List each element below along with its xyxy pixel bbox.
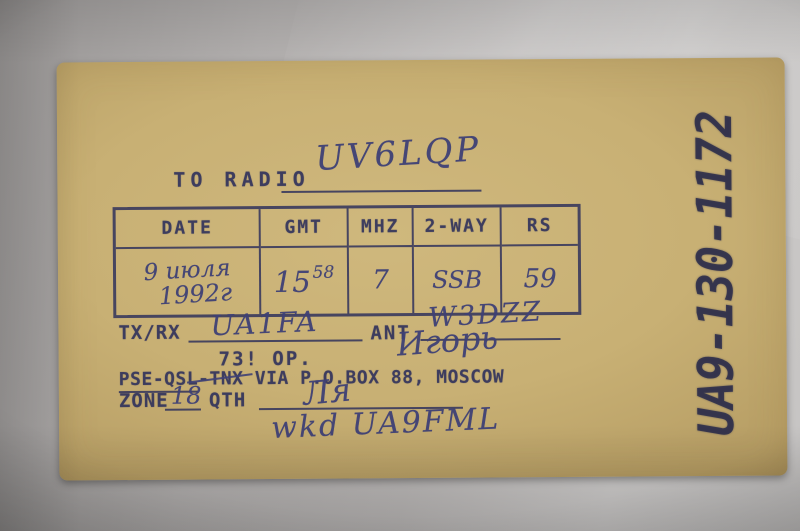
- header-2way-label: 2-WAY: [425, 216, 489, 237]
- header-rs-label: RS: [527, 215, 553, 236]
- qso-date-cell: 9 июля1992г: [116, 248, 261, 315]
- to-radio-callsign: UV6LQP: [314, 129, 482, 179]
- header-mhz-label: MHZ: [361, 216, 400, 237]
- qth-value: Ля: [301, 370, 352, 412]
- via-address: VIA P.O.BOX 88, MOSCOW: [243, 366, 504, 389]
- qso-gmt-hours: 15: [274, 265, 311, 299]
- qso-date-line2: 1992г: [158, 280, 233, 308]
- table-header-gmt: GMT: [261, 209, 349, 249]
- to-radio-label: TO RADIO: [173, 167, 309, 192]
- header-date-label: DATE: [161, 217, 213, 238]
- table-header-mhz: MHZ: [349, 208, 414, 247]
- qso-mhz-cell: 7: [349, 247, 414, 313]
- photo-background: TO RADIO UV6LQP DATE GMT MHZ 2-WAY RS 9 …: [0, 0, 800, 531]
- op-name: Игорь: [395, 318, 499, 364]
- txrx-value: UA1FA: [210, 305, 319, 342]
- qsl-card: TO RADIO UV6LQP DATE GMT MHZ 2-WAY RS 9 …: [57, 57, 788, 480]
- table-header-rs: RS: [502, 207, 578, 247]
- qso-gmt-minutes: 58: [313, 263, 335, 283]
- table-header-date: DATE: [116, 209, 261, 249]
- qth-label: QTH: [209, 389, 246, 411]
- table-header-2way: 2-WAY: [414, 207, 502, 247]
- membership-stamp: UA9-130-1172: [669, 78, 762, 469]
- qso-mhz-value: 7: [372, 265, 389, 295]
- txrx-label: TX/RX: [118, 322, 180, 344]
- qso-gmt-cell: 1558: [261, 248, 349, 315]
- header-gmt-label: GMT: [284, 217, 323, 238]
- qso-2way-value: SSB: [432, 266, 482, 294]
- membership-stamp-text: UA9-130-1172: [685, 110, 744, 436]
- qso-date-value: 9 июля1992г: [143, 254, 233, 309]
- to-radio-underline: [281, 190, 481, 193]
- qso-rs-value: 59: [523, 264, 556, 294]
- zone-label: ZONE: [119, 390, 169, 412]
- qso-gmt-value: 1558: [274, 263, 335, 299]
- zone-value: 18: [171, 382, 202, 410]
